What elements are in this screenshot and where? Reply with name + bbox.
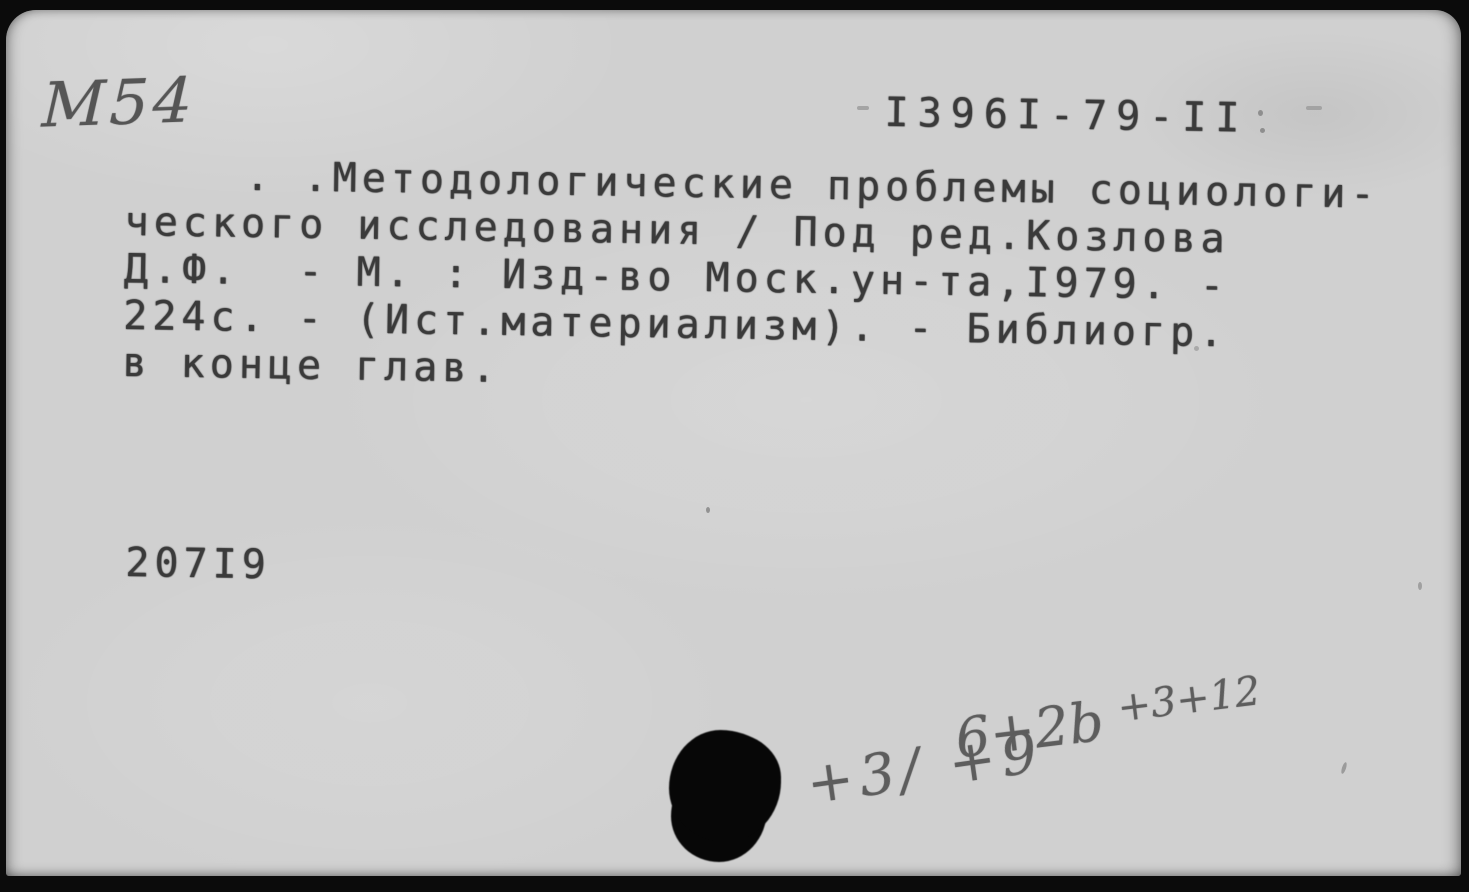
bibliographic-entry: . .Методологические проблемы социологи- …: [122, 152, 1366, 406]
noise-speck: [1258, 110, 1263, 116]
noise-speck: [1194, 346, 1199, 351]
noise-speck: [857, 106, 869, 110]
noise-speck: [1306, 106, 1322, 110]
scan-frame: М54 I396I-79-II . .Методологические проб…: [0, 0, 1469, 892]
accession-number: 207I9: [125, 540, 271, 588]
noise-speck: [706, 507, 710, 513]
noise-speck: [1418, 582, 1422, 590]
catalog-number: I396I-79-II: [884, 90, 1249, 142]
pencil-annotation-superscript: +3+12: [1115, 668, 1263, 731]
catalog-card: М54 I396I-79-II . .Методологические проб…: [6, 10, 1461, 876]
noise-speck: [1260, 128, 1265, 133]
